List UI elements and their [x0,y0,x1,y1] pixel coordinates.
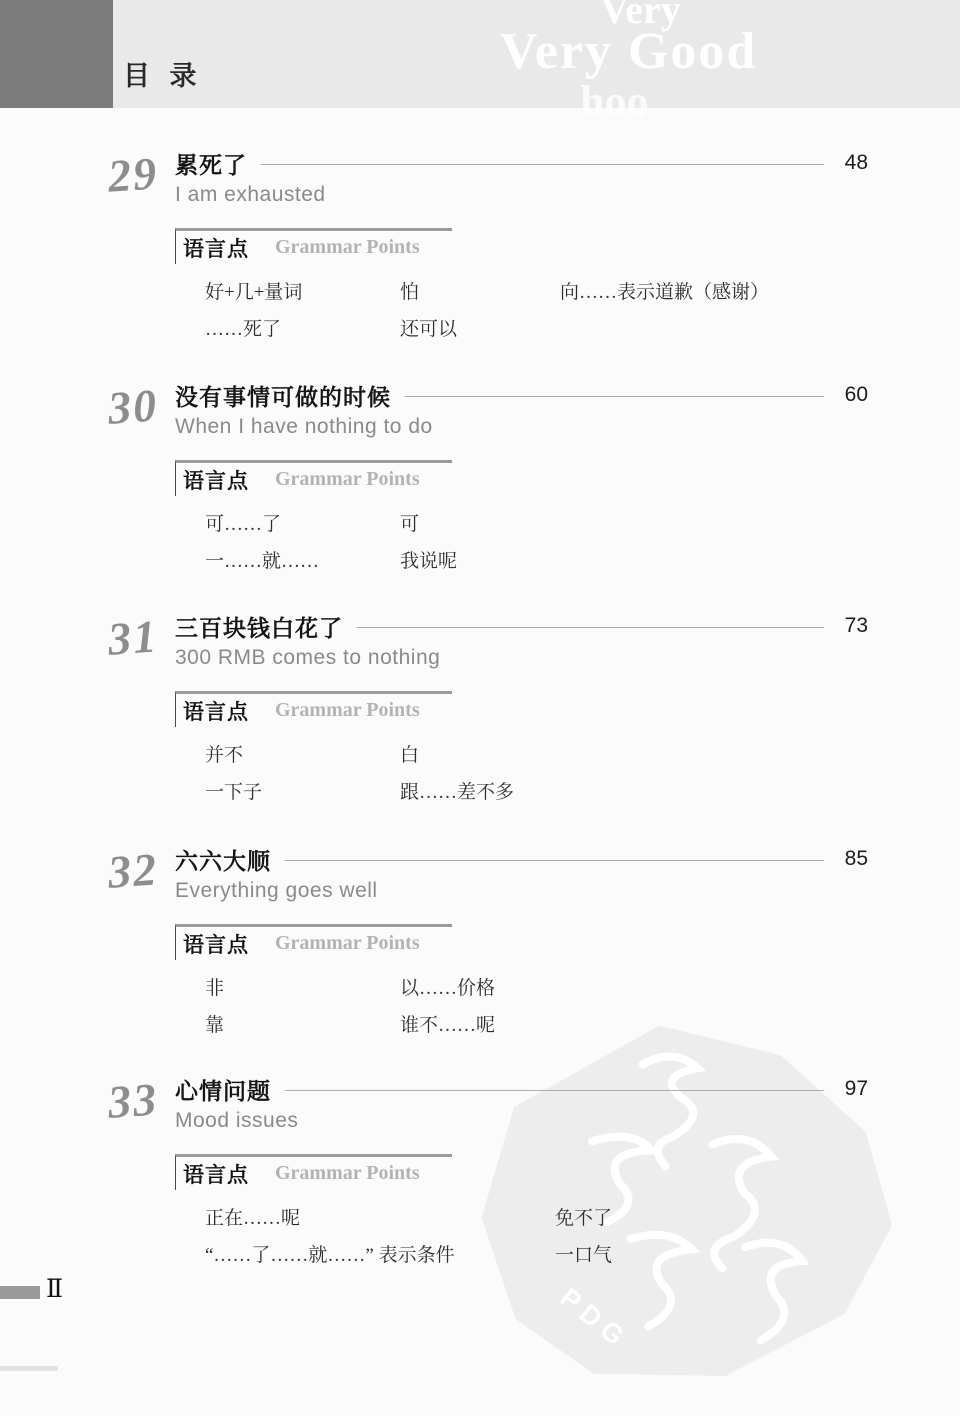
grammar-point: 怕 [400,277,560,304]
grammar-point: 一口气 [555,1240,612,1267]
grammar-points-row: 非 以……价格 [205,972,868,1000]
footer-page-bar [0,1286,40,1299]
entry-title-row: 没有事情可做的时候 60 [175,380,868,410]
entry-title-zh: 心情问题 [175,1073,271,1106]
entry-number: 29 [94,145,172,203]
entry-title-en: Mood issues [175,1109,868,1133]
grammar-points-row: 好+几+量词 怕 向……表示道歉（感谢） [205,276,868,304]
grammar-points-row: 可……了 可 [205,508,868,536]
entry-title-en: When I have nothing to do [175,415,868,439]
grammar-points-header: 语言点 Grammar Points [175,924,452,960]
toc-entry-29: 29 累死了 48 I am exhausted 语言点 Grammar Poi… [100,148,868,341]
toc-entry-30: 30 没有事情可做的时候 60 When I have nothing to d… [100,380,868,573]
grammar-points-header: 语言点 Grammar Points [175,228,452,264]
bottom-edge-bar [0,1366,58,1371]
grammar-point: ……死了 [205,314,400,341]
grammar-point: 还可以 [400,314,560,341]
grammar-point: 一下子 [205,777,400,804]
grammar-point: 可……了 [205,509,400,536]
entry-title-row: 累死了 48 [175,148,868,178]
grammar-point: 并不 [205,740,400,767]
grammar-point: 向……表示道歉（感谢） [560,277,769,304]
grammar-point: 我说呢 [400,546,560,573]
grammar-points-row: 正在……呢 免不了 [205,1202,868,1230]
grammar-points-row: “……了……就……” 表示条件 一口气 [205,1239,868,1267]
grammar-point: 可 [400,509,560,536]
grammar-point: 正在……呢 [205,1203,555,1230]
entry-title-zh: 六六大顺 [175,843,271,876]
entry-page-number: 60 [834,383,868,407]
leader-line [405,396,824,397]
grammar-points-label-en: Grammar Points [275,1162,420,1185]
grammar-points-row: 一……就…… 我说呢 [205,545,868,573]
scanned-toc-page: { "header": { "title": "目 录", "watermark… [0,0,960,1416]
leader-line [261,164,824,165]
grammar-points-label-zh: 语言点 [183,465,249,495]
footer-page-number: Ⅱ [46,1274,63,1303]
grammar-points-label-zh: 语言点 [183,696,249,726]
entry-page-number: 85 [834,847,868,871]
entry-title-en: I am exhausted [175,183,868,207]
entry-title-zh: 三百块钱白花了 [175,610,343,643]
grammar-points-label-zh: 语言点 [183,233,249,263]
grammar-points-header: 语言点 Grammar Points [175,1154,452,1190]
grammar-point: 谁不……呢 [400,1010,560,1037]
entry-page-number: 97 [834,1077,868,1101]
leader-line [285,860,824,861]
grammar-points-label-en: Grammar Points [275,932,420,955]
entry-title-zh: 累死了 [175,147,247,180]
entry-title-zh: 没有事情可做的时候 [175,379,391,412]
entry-number: 32 [94,841,172,899]
grammar-points-row: 一下子 跟……差不多 [205,776,868,804]
grammar-points-label-en: Grammar Points [275,699,420,722]
toc-entry-31: 31 三百块钱白花了 73 300 RMB comes to nothing 语… [100,611,868,804]
grammar-point: 靠 [205,1010,400,1037]
grammar-points-header: 语言点 Grammar Points [175,691,452,727]
entry-title-row: 六六大顺 85 [175,844,868,874]
grammar-point: 好+几+量词 [205,277,400,304]
grammar-points-row: 靠 谁不……呢 [205,1009,868,1037]
leader-line [357,627,824,628]
grammar-points-row: ……死了 还可以 [205,313,868,341]
grammar-point: 跟……差不多 [400,777,560,804]
entry-page-number: 73 [834,614,868,638]
grammar-points-header: 语言点 Grammar Points [175,460,452,496]
toc-content: 29 累死了 48 I am exhausted 语言点 Grammar Poi… [0,0,960,1416]
grammar-points-label-en: Grammar Points [275,468,420,491]
leader-line [285,1090,824,1091]
grammar-point: 免不了 [555,1203,612,1230]
entry-title-row: 三百块钱白花了 73 [175,611,868,641]
grammar-points-row: 并不 白 [205,739,868,767]
entry-number: 30 [94,377,172,435]
toc-entry-33: 33 心情问题 97 Mood issues 语言点 Grammar Point… [100,1074,868,1267]
entry-page-number: 48 [834,151,868,175]
grammar-points-label-en: Grammar Points [275,236,420,259]
grammar-point: 非 [205,973,400,1000]
grammar-point: 白 [400,740,560,767]
grammar-point: 一……就…… [205,546,400,573]
grammar-points-label-zh: 语言点 [183,1159,249,1189]
entry-title-row: 心情问题 97 [175,1074,868,1104]
entry-title-en: 300 RMB comes to nothing [175,646,868,670]
toc-entry-32: 32 六六大顺 85 Everything goes well 语言点 Gram… [100,844,868,1037]
grammar-point: 以……价格 [400,973,560,1000]
entry-number: 33 [94,1071,172,1129]
grammar-point: “……了……就……” 表示条件 [205,1240,555,1267]
entry-number: 31 [94,608,172,666]
grammar-points-label-zh: 语言点 [183,929,249,959]
entry-title-en: Everything goes well [175,879,868,903]
